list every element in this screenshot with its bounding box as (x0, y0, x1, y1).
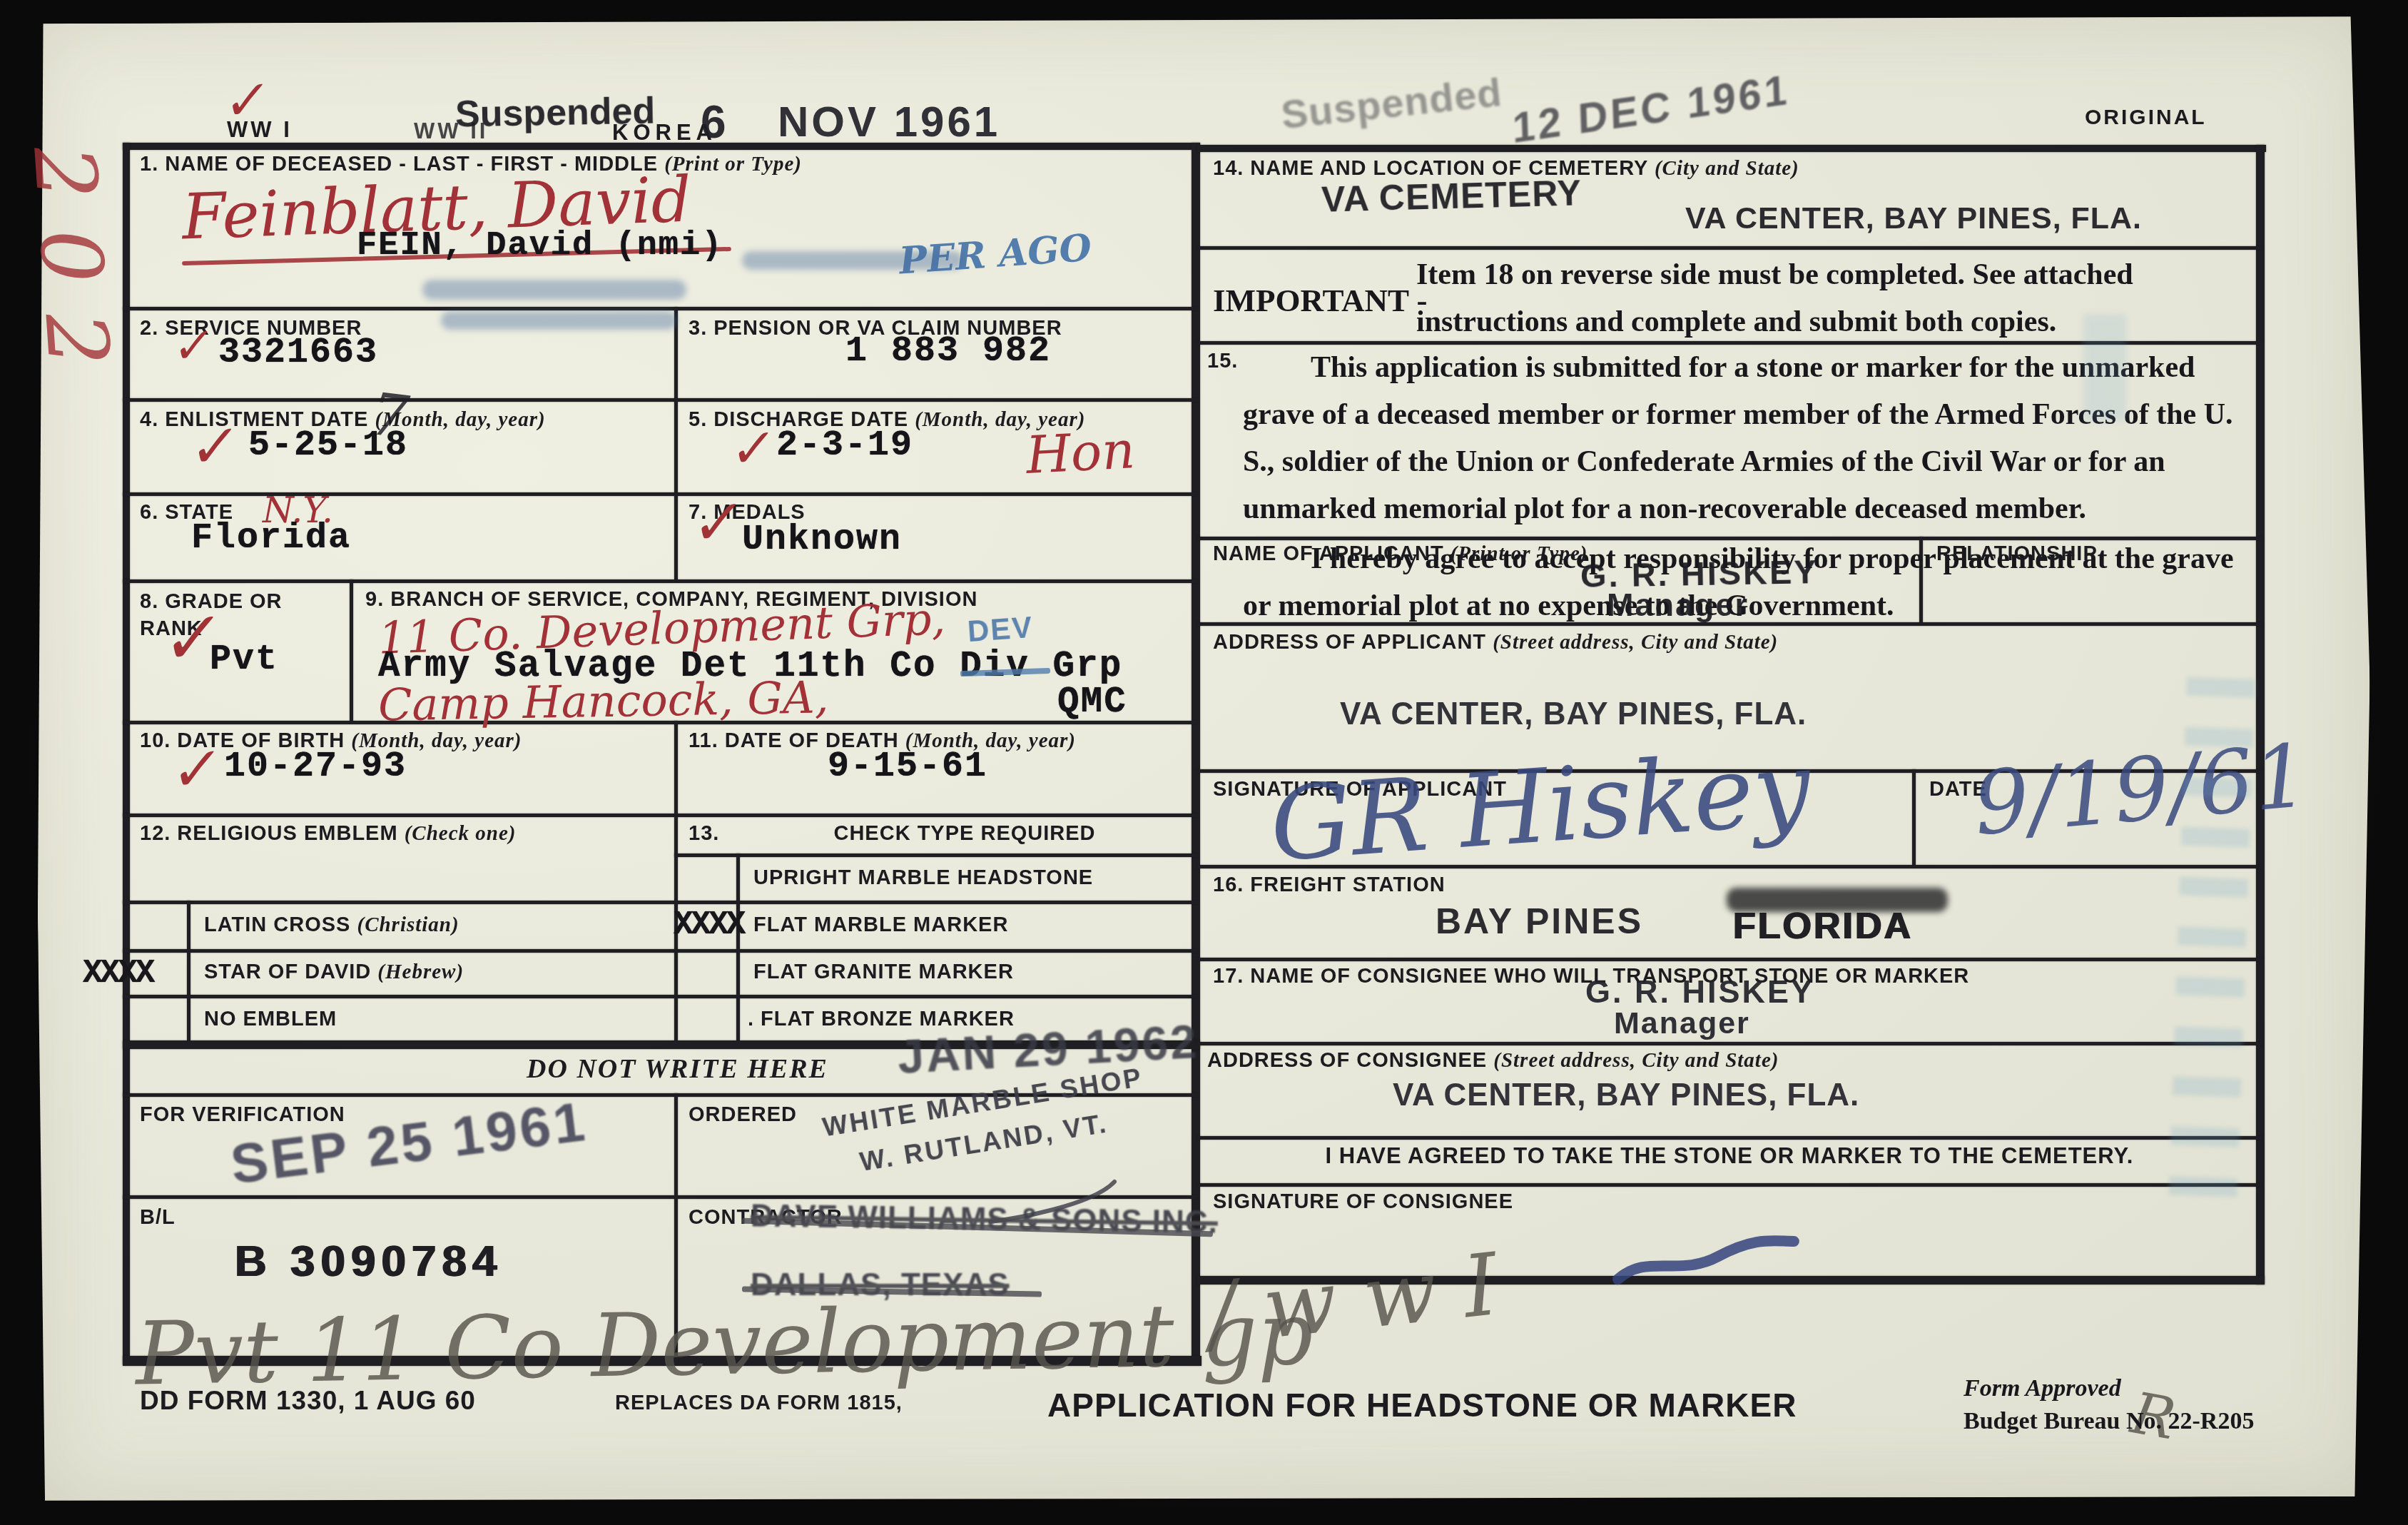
emblem-option-no-emblem: NO EMBLEM (204, 1008, 337, 1031)
replaces-note: REPLACES DA FORM 1815, (615, 1392, 903, 1415)
birth-date-value: 10-27-93 (224, 746, 407, 787)
type-flat-marble-mark: XXXX (674, 906, 743, 943)
stamp-ww1: WW I (227, 117, 293, 143)
form-id: DD FORM 1330, 1 AUG 60 (140, 1386, 476, 1416)
handwritten-checkmark: ✓ (188, 416, 243, 478)
type-option-flat-granite: FLAT GRANITE MARKER (753, 961, 1014, 984)
form-approved-line1: Form Approved (1964, 1374, 2121, 1403)
form-title: APPLICATION FOR HEADSTONE OR MARKER (1047, 1386, 1797, 1424)
bl-number-value: B 3090784 (234, 1236, 502, 1287)
type-option-upright-headstone: UPRIGHT MARBLE HEADSTONE (753, 866, 1093, 890)
blue-pencil-smudge (742, 251, 963, 270)
field-16-label: 16. FREIGHT STATION (1213, 873, 1446, 897)
discharge-date-value: 2-3-19 (776, 425, 913, 466)
blue-pencil-smudge (441, 311, 676, 330)
border (123, 143, 1200, 150)
scanned-photo-backdrop: ✓ WW I WW II Suspended KOREA 6 NOV 1961 … (0, 0, 2408, 1525)
border (1197, 145, 2266, 152)
rank-value: Pvt (210, 639, 278, 680)
handwritten-checkmark: ✓ (169, 739, 225, 802)
medals-value: Unknown (742, 520, 902, 560)
applicant-address-stamp: VA CENTER, BAY PINES, FLA. (1340, 696, 1807, 732)
stamp-florida: FLORIDA (1732, 905, 1912, 948)
consignee-signature-label: SIGNATURE OF CONSIGNEE (1213, 1190, 1513, 1214)
field-12-label: 12. RELIGIOUS EMBLEM (Check one) (140, 822, 516, 846)
important-label: IMPORTANT - (1213, 277, 1428, 324)
consignee-address-label: ADDRESS OF CONSIGNEE (Street address, Ci… (1207, 1049, 1779, 1073)
field-13-number: 13. (689, 822, 719, 846)
original-copy-label: ORIGINAL (2085, 106, 2207, 130)
struck-word-div: Div (960, 647, 1030, 687)
form-approved-line2: Budget Bureau No. 22-R205 (1964, 1407, 2254, 1436)
handwritten-checkmark: ✓ (171, 320, 216, 371)
deceased-name-typed: FEIN, David (nmi) (357, 227, 723, 265)
death-date-value: 9-15-61 (828, 746, 987, 787)
stamp-korea-day: 6 (701, 96, 728, 148)
type-option-flat-marble: FLAT MARBLE MARKER (753, 913, 1008, 937)
stamp-bay-pines: BAY PINES (1436, 901, 1643, 942)
handwritten-checkmark: ✓ (690, 490, 748, 555)
applicant-address-label: ADDRESS OF APPLICANT (Street address, Ci… (1213, 631, 1778, 654)
claim-number-value: 1 883 982 (845, 331, 1051, 372)
consignee-title-stamp: Manager (1614, 1006, 1750, 1041)
branch-typed-qmc: QMC (1057, 682, 1127, 723)
field-13-title: CHECK TYPE REQUIRED (736, 822, 1193, 846)
agreed-statement: I HAVE AGREED TO TAKE THE STONE OR MARKE… (1197, 1143, 2262, 1169)
dev-correction: DEV (966, 610, 1034, 649)
stamp-cemetery-location: VA CENTER, BAY PINES, FLA. (1685, 201, 2142, 236)
bl-label: B/L (140, 1206, 176, 1230)
relationship-label: RELATIONSHIP (1936, 542, 2098, 566)
stamp-va-cemetery: VA CEMETERY (1321, 172, 1582, 221)
hon-note: Hon (1025, 420, 1137, 485)
consignee-name-stamp: G. R. HISKEY (1585, 973, 1814, 1010)
bleed-through-marks (2083, 314, 2126, 421)
blue-pencil-smudge (422, 280, 686, 300)
applicant-name-label: NAME OF APPLICANT (Print or Type) (1213, 542, 1587, 566)
margin-note-202: 202 (14, 143, 130, 400)
emblem-star-of-david-mark: XXXX (83, 955, 153, 992)
emblem-option-latin-cross: LATIN CROSS (Christian) (204, 913, 459, 937)
applicant-title-stamp: Manager (1607, 587, 1749, 624)
do-not-write-here-title: DO NOT WRITE HERE (527, 1053, 828, 1085)
ordered-label: ORDERED (689, 1103, 797, 1127)
emblem-option-star-of-david: STAR OF DAVID (Hebrew) (204, 961, 464, 984)
handwritten-checkmark: ✓ (729, 420, 778, 476)
border (1192, 143, 1200, 1364)
consignee-address-stamp: VA CENTER, BAY PINES, FLA. (1393, 1078, 1859, 1113)
branch-handwritten-bottom: Camp Hancock, GA, (377, 671, 829, 731)
state-value: Florida (191, 518, 351, 559)
field-15-number: 15. (1207, 350, 1238, 373)
enlistment-date-value: 5-25-18 (248, 425, 408, 466)
important-text: Item 18 on reverse side must be complete… (1416, 251, 2258, 345)
stamp-nov-1961: NOV 1961 (778, 97, 1000, 146)
border (123, 143, 130, 1364)
service-number-value: 3321663 (218, 333, 378, 373)
